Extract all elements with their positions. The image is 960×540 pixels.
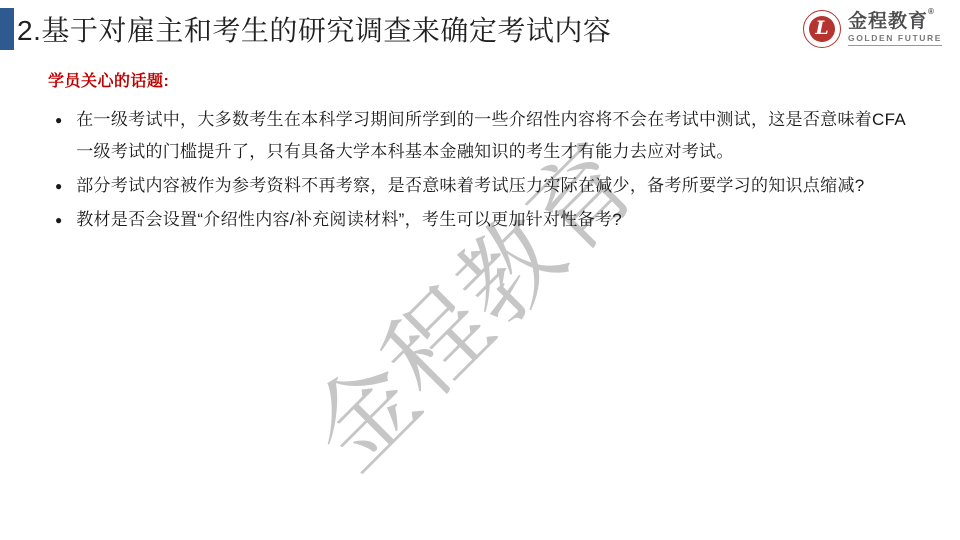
list-item: ● 教材是否会设置“介绍性内容/补充阅读材料”，考生可以更加针对性备考? — [48, 204, 920, 236]
bullet-icon: ● — [48, 104, 76, 136]
bullet-text: 部分考试内容被作为参考资料不再考察，是否意味着考试压力实际在减少，备考所要学习的… — [76, 170, 864, 202]
logo-name-cn: 金程教育® — [848, 12, 942, 31]
bullet-icon: ● — [48, 170, 76, 202]
bullet-text: 教材是否会设置“介绍性内容/补充阅读材料”，考生可以更加针对性备考? — [76, 204, 622, 236]
bullet-icon: ● — [48, 204, 76, 236]
logo-name-en: GOLDEN FUTURE — [848, 34, 942, 46]
logo-seal-letter: L — [809, 16, 835, 42]
registered-trademark-icon: ® — [928, 7, 935, 16]
list-item: ● 部分考试内容被作为参考资料不再考察，是否意味着考试压力实际在减少，备考所要学… — [48, 170, 920, 202]
page-title: 2.基于对雇主和考生的研究调查来确定考试内容 — [17, 9, 611, 49]
brand-logo: L 金程教育® GOLDEN FUTURE — [803, 10, 942, 48]
bullet-list: ● 在一级考试中，大多数考生在本科学习期间所学到的一些介绍性内容将不会在考试中测… — [48, 104, 920, 236]
logo-seal-icon: L — [803, 10, 841, 48]
slide: 金程教育 2.基于对雇主和考生的研究调查来确定考试内容 L 金程教育® GOLD… — [0, 0, 960, 540]
logo-text-block: 金程教育® GOLDEN FUTURE — [848, 12, 942, 46]
section-heading: 学员关心的话题: — [48, 68, 920, 91]
logo-name-cn-text: 金程教育 — [848, 11, 928, 32]
list-item: ● 在一级考试中，大多数考生在本科学习期间所学到的一些介绍性内容将不会在考试中测… — [48, 104, 920, 168]
content-area: 学员关心的话题: ● 在一级考试中，大多数考生在本科学习期间所学到的一些介绍性内… — [48, 68, 920, 238]
title-accent-bar — [0, 8, 14, 50]
bullet-text: 在一级考试中，大多数考生在本科学习期间所学到的一些介绍性内容将不会在考试中测试，… — [76, 104, 920, 168]
